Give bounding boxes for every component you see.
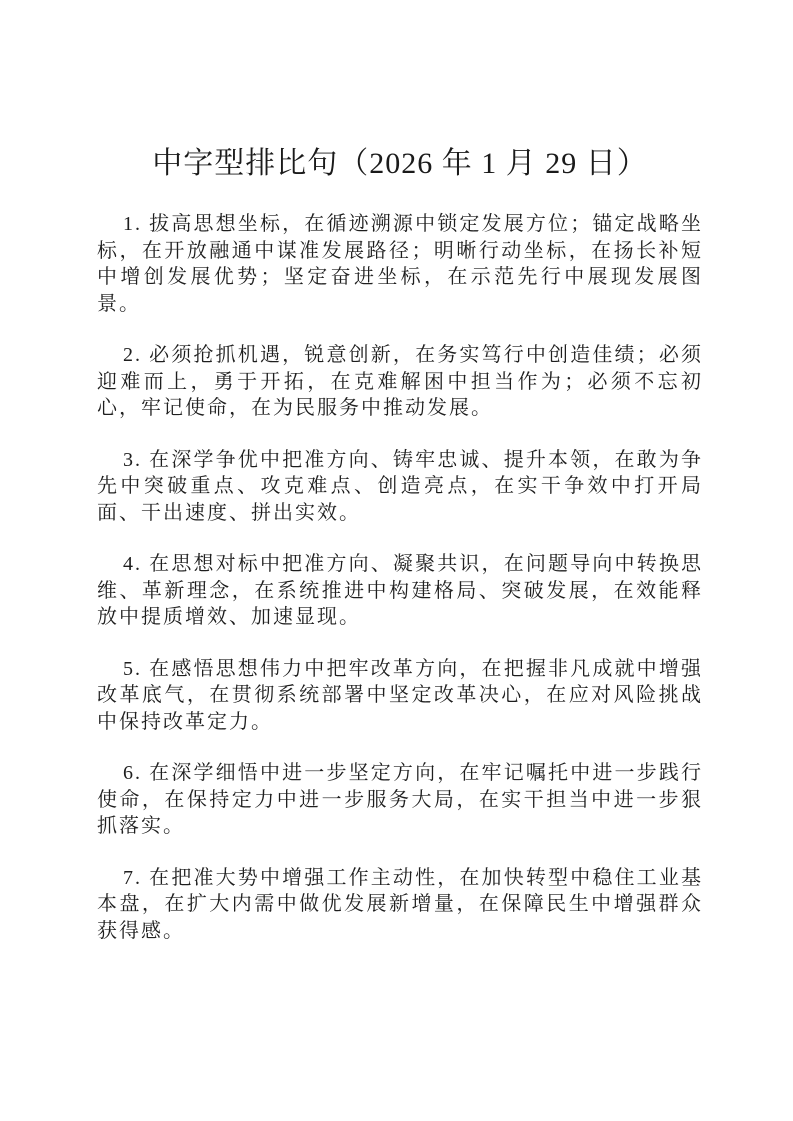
paragraph-6: 6. 在深学细悟中进一步坚定方向，在牢记嘱托中进一步践行使命，在保持定力中进一步…	[97, 760, 703, 840]
paragraph-1: 1. 拔高思想坐标，在循迹溯源中锁定发展方位；锚定战略坐标，在开放融通中谋准发展…	[97, 211, 703, 317]
document-content: 中字型排比句（2026 年 1 月 29 日） 1. 拔高思想坐标，在循迹溯源中…	[0, 0, 793, 944]
paragraph-7: 7. 在把准大势中增强工作主动性，在加快转型中稳住工业基本盘，在扩大内需中做优发…	[97, 865, 703, 945]
page-title: 中字型排比句（2026 年 1 月 29 日）	[97, 138, 703, 182]
paragraph-5: 5. 在感悟思想伟力中把牢改革方向，在把握非凡成就中增强改革底气，在贯彻系统部署…	[97, 656, 703, 736]
document-page: 中字型排比句（2026 年 1 月 29 日） 1. 拔高思想坐标，在循迹溯源中…	[0, 0, 793, 1121]
paragraph-3: 3. 在深学争优中把准方向、铸牢忠诚、提升本领，在敢为争先中突破重点、攻克难点、…	[97, 447, 703, 527]
paragraph-2: 2. 必须抢抓机遇，锐意创新，在务实笃行中创造佳绩；必须迎难而上，勇于开拓，在克…	[97, 342, 703, 422]
paragraph-4: 4. 在思想对标中把准方向、凝聚共识，在问题导向中转换思维、革新理念，在系统推进…	[97, 551, 703, 631]
